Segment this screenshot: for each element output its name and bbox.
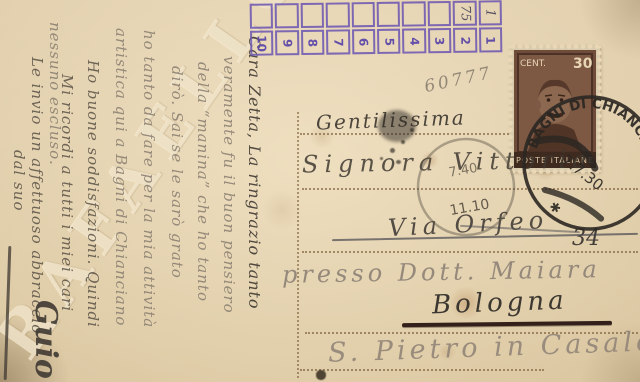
tax-grid-number: 3 <box>433 36 447 45</box>
tax-grid-number: 2 <box>458 36 472 45</box>
tax-grid-cell <box>300 3 324 28</box>
pencil-number: 60777 <box>423 63 495 97</box>
tax-grid-number: 9 <box>280 38 294 47</box>
tax-grid-cell: 4 <box>402 28 426 53</box>
tax-grid-number: 4 <box>407 37 421 46</box>
divider-line <box>297 112 299 378</box>
message-line: dirò. Sai se le sarò grato <box>169 66 184 279</box>
tax-grid-cell <box>427 1 451 26</box>
tax-grid-cell <box>250 3 274 28</box>
handwritten-tax-value: 75 <box>457 5 472 22</box>
message-line: veramente fu il buon pensiero <box>221 56 236 314</box>
tax-grid-number: 10 <box>255 35 269 52</box>
tax-grid-stamp: 75 1 10 9 8 7 6 5 4 3 2 1 <box>250 0 503 56</box>
stamp-perforation <box>510 43 600 50</box>
signature: Guio <box>30 300 60 379</box>
message-line: ho tanto da fare per la mia attività <box>141 30 156 328</box>
message-line: nessuno escluso. <box>47 22 62 166</box>
arrival-time-bottom: 11.10 <box>449 196 491 219</box>
message-line: Ho buone soddisfazioni. Quindi <box>85 60 100 328</box>
publisher-mark <box>316 370 326 380</box>
tax-grid-number: 5 <box>382 37 396 46</box>
tax-grid-number: 7 <box>331 38 345 47</box>
tax-grid-cell: 1 <box>478 0 502 25</box>
postmark-date: 7.7.30 <box>558 151 607 195</box>
tax-grid-cell <box>377 2 401 27</box>
tax-grid-cell: 8 <box>301 30 325 55</box>
message-line: Le invio un affettuoso abbraccio <box>29 57 44 334</box>
tax-grid-cell: 1 <box>479 27 503 52</box>
tax-grid-cell: 9 <box>275 30 299 55</box>
tax-grid-cell: 3 <box>428 28 452 53</box>
ink-speck <box>410 128 414 132</box>
tax-grid-cell <box>326 2 350 27</box>
tax-grid-cell <box>402 1 426 26</box>
address-line <box>300 369 544 371</box>
tax-grid-cell: 75 <box>453 1 477 26</box>
ink-blot <box>378 110 416 142</box>
crossing-line <box>402 321 612 327</box>
stamp-cent-label: CENT. <box>520 59 546 69</box>
tax-grid-cell <box>275 3 299 28</box>
tax-grid-cell: 6 <box>352 29 376 54</box>
tax-grid-number: 6 <box>356 37 370 46</box>
address-care-of: presso Dott. Maiara <box>282 255 601 289</box>
tax-grid-cell: 5 <box>377 29 401 54</box>
message-line: artistica qui a Bagni di Chianciano <box>113 28 128 326</box>
tax-grid-number: 8 <box>306 38 320 47</box>
tax-grid-cell: 10 <box>250 30 274 55</box>
departure-postmark: BAGNI DI CHIANCIANO 7.7.30 ✱ <box>471 44 640 283</box>
tax-grid-cell: 7 <box>326 29 350 54</box>
handwritten-tax-value: 1 <box>483 9 498 17</box>
postcard-back: RAFAELLO Cara Zetta, La ringrazio tanto … <box>0 0 640 382</box>
address-city-old: Bologna <box>432 286 569 321</box>
tax-grid-cell: 2 <box>453 28 477 53</box>
message-line: Cara Zetta, La ringrazio tanto <box>246 36 262 310</box>
message-line: della “manina” che ho tanto <box>195 62 210 302</box>
message-closing: dal suo <box>11 150 26 212</box>
tax-grid-cell <box>351 2 375 27</box>
tax-grid-number: 1 <box>483 36 497 45</box>
